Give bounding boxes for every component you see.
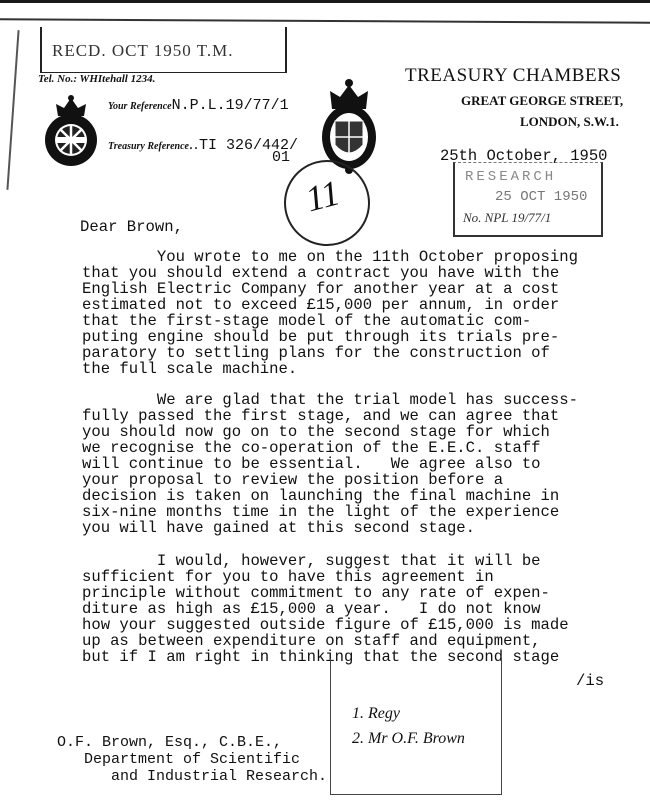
minute-box	[330, 658, 502, 795]
page-edge-mark	[6, 30, 19, 190]
office-city: LONDON, S.W.1.	[520, 114, 619, 130]
office-street: GREAT GEORGE STREET,	[461, 93, 623, 109]
office-name: TREASURY CHAMBERS	[405, 65, 621, 87]
treasury-reference-label: Treasury Reference	[108, 141, 189, 152]
research-stamp-date: 25 OCT 1950	[495, 189, 587, 205]
received-stamp: RECD. OCT 1950 T.M.	[40, 27, 287, 73]
treasury-reference: Treasury Reference..TI 326/442/	[108, 136, 298, 154]
circled-number: 11	[301, 171, 344, 220]
addressee-block: O.F. Brown, Esq., C.B.E., Department of …	[57, 734, 327, 785]
received-stamp-text: RECD. OCT 1950 T.M.	[52, 41, 233, 61]
your-reference-label: Your Reference	[108, 101, 172, 112]
paragraph-1: You wrote to me on the 11th October prop…	[82, 249, 578, 377]
telephone-number: Tel. No.: WHItehall 1234.	[38, 73, 155, 85]
letter-date: 25th October, 1950	[440, 147, 607, 165]
research-stamp-number: No. NPL 19/77/1	[463, 210, 551, 226]
letterhead-rule	[0, 18, 650, 23]
research-stamp: RESEARCH 25 OCT 1950 No. NPL 19/77/1	[453, 162, 603, 237]
paragraph-2: We are glad that the trial model has suc…	[82, 392, 578, 536]
top-border-rule	[0, 0, 650, 3]
page-continuation: /is	[576, 672, 604, 690]
research-stamp-title: RESEARCH	[465, 169, 556, 185]
minute-line-2: 2. Mr O.F. Brown	[352, 730, 465, 748]
your-reference: Your ReferenceN.P.L.19/77/1	[108, 96, 289, 114]
national-scheme-badge-icon	[42, 92, 100, 168]
treasury-reference-suffix: 01	[272, 149, 290, 166]
salutation: Dear Brown,	[80, 218, 183, 236]
your-reference-value: N.P.L.19/77/1	[172, 97, 289, 114]
paragraph-3: I would, however, suggest that it will b…	[82, 553, 569, 665]
minute-line-1: 1. Regy	[352, 705, 400, 723]
